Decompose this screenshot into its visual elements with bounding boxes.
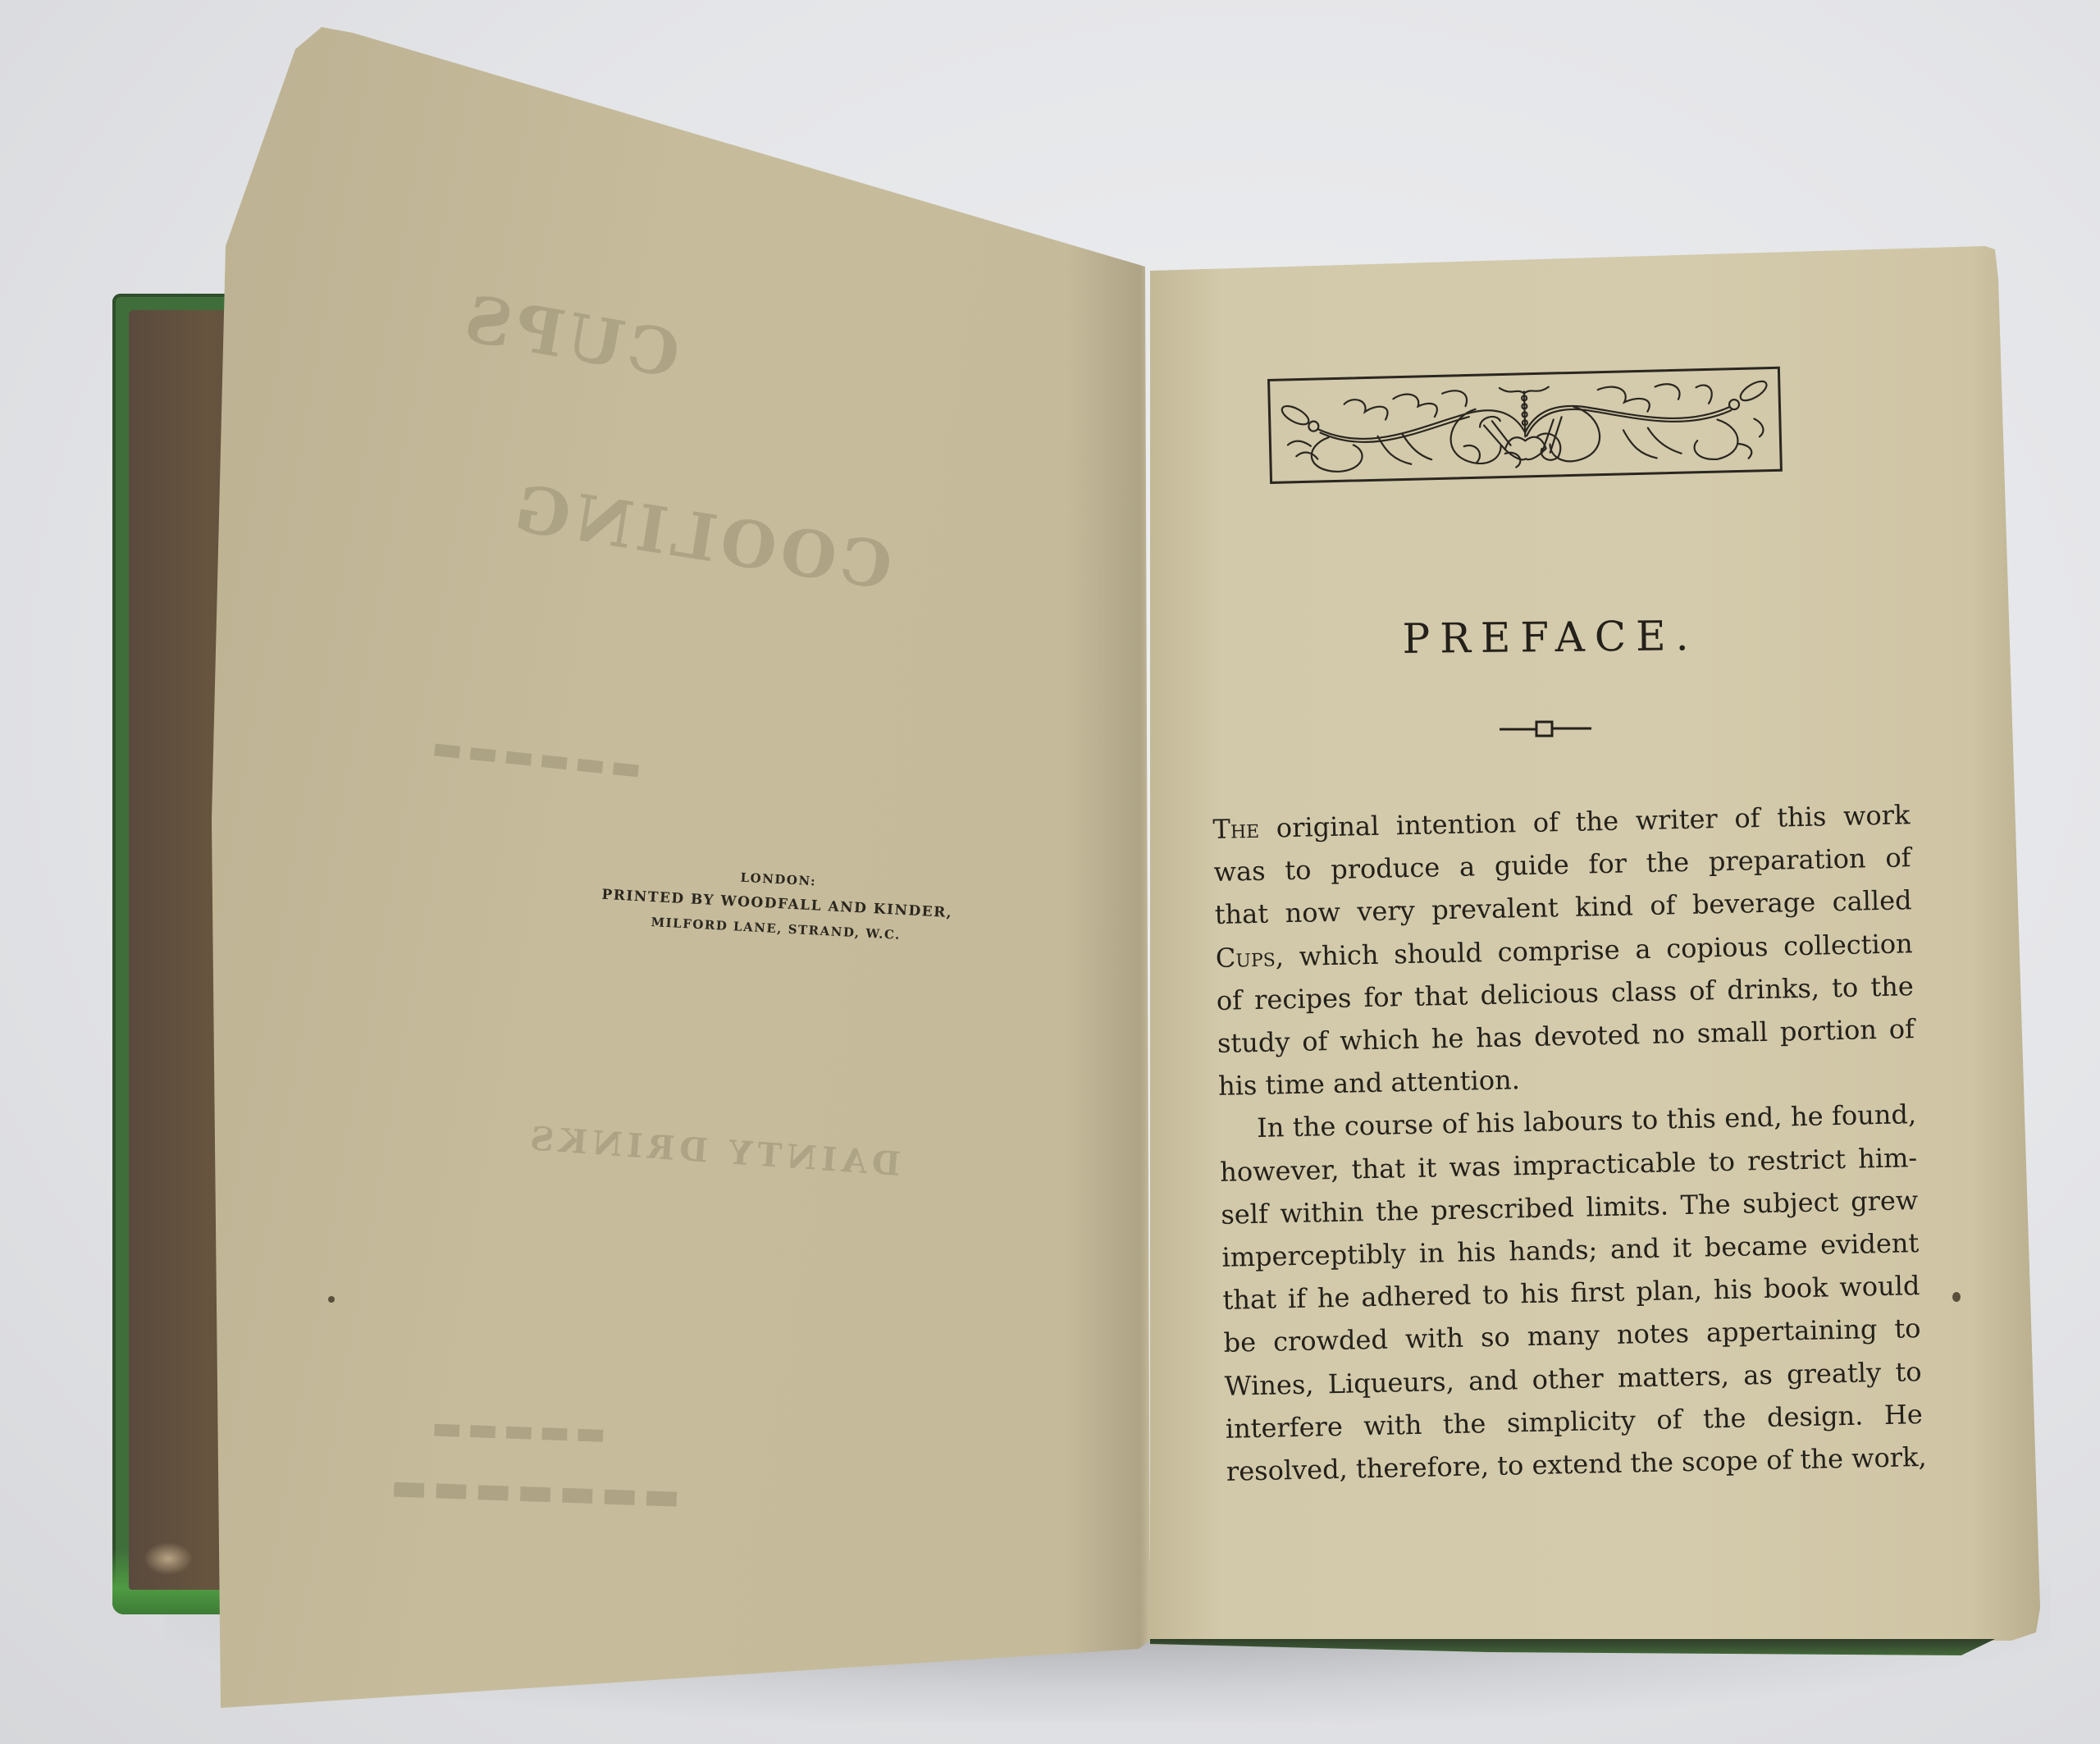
floral-headpiece-ornament xyxy=(1267,367,1783,484)
line-text: , which should comprise a copious collec… xyxy=(1275,928,1913,972)
small-caps-lead: Cups xyxy=(1215,941,1276,974)
preface-body: The original intention of the writer of … xyxy=(1212,793,1932,1493)
show-through-faint-line: ▬▬▬▬▬ xyxy=(426,1408,606,1453)
paper-speck xyxy=(328,1296,335,1303)
endpaper-wear-mark xyxy=(144,1542,193,1575)
rule-with-square-icon xyxy=(1500,720,1591,738)
title-divider-rule xyxy=(1500,720,1591,738)
page-title: PREFACE. xyxy=(1386,612,1715,663)
line-text: original intention of the writer of this… xyxy=(1259,799,1911,844)
small-caps-lead: The xyxy=(1212,813,1259,845)
paper-speck xyxy=(1952,1292,1961,1302)
floral-scroll-icon xyxy=(1270,369,1780,482)
